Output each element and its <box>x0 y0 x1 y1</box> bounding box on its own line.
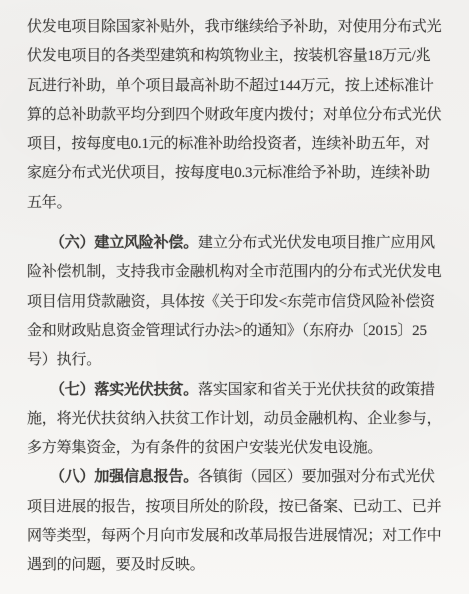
text-line: 项目，按每度电0.1元的标准补助给投资者，连续补助五年，对 <box>27 130 451 159</box>
text-line: 算的总补助款平均分到四个财政年度内拨付；对单位分布式光伏 <box>27 101 451 130</box>
scanned-document-page: 伏发电项目除国家补贴外，我市继续给予补助，对使用分布式光伏发电项目的各类型建筑和… <box>0 0 469 594</box>
text-line: 项目信用贷款融资，具体按《关于印发<东莞市信贷风险补偿资 <box>27 288 451 317</box>
text-line: 遇到的问题，要及时反映。 <box>27 551 451 580</box>
text-line: 项目进展的报告，按项目所处的阶段，按已备案、已动工、已并 <box>27 493 451 522</box>
text-line: （七）落实光伏扶贫。落实国家和省关于光伏扶贫的政策措 <box>27 376 451 405</box>
text-line: 瓦进行补助，单个项目最高补助不超过144万元，按上述标准计 <box>27 72 451 101</box>
text-line: 伏发电项目除国家补贴外，我市继续给予补助，对使用分布式光 <box>27 13 451 42</box>
section-heading: （六）建立风险补偿。 <box>50 235 198 251</box>
text-line: 五年。 <box>27 189 451 218</box>
text-line: 险补偿机制，支持我市金融机构对全市范围内的分布式光伏发电 <box>27 258 451 287</box>
text-line: 施，将光伏扶贫纳入扶贫工作计划，动员金融机构、企业参与， <box>27 405 451 434</box>
text-line: 伏发电项目的各类型建筑和构筑物业主，按装机容量18万元/兆 <box>27 42 451 71</box>
text-line: 网等类型，每两个月向市发展和改革局报告进展情况；对工作中 <box>27 522 451 551</box>
section-heading: （七）落实光伏扶贫。 <box>50 382 198 398</box>
text-line: （六）建立风险补偿。建立分布式光伏发电项目推广应用风 <box>27 229 451 258</box>
section-heading: （八）加强信息报告。 <box>50 469 198 485</box>
text-line: 金和财政贴息资金管理试行办法>的通知》（东府办〔2015〕25 <box>27 317 451 346</box>
text-line: 多方筹集资金，为有条件的贫困户安装光伏发电设施。 <box>27 434 451 463</box>
document-body: 伏发电项目除国家补贴外，我市继续给予补助，对使用分布式光伏发电项目的各类型建筑和… <box>27 13 451 581</box>
text-line: 家庭分布式光伏项目，按每度电0.3元标准给予补助，连续补助 <box>27 159 451 188</box>
text-line: 号）执行。 <box>27 346 451 375</box>
text-line: （八）加强信息报告。各镇街（园区）要加强对分布式光伏 <box>27 463 451 492</box>
